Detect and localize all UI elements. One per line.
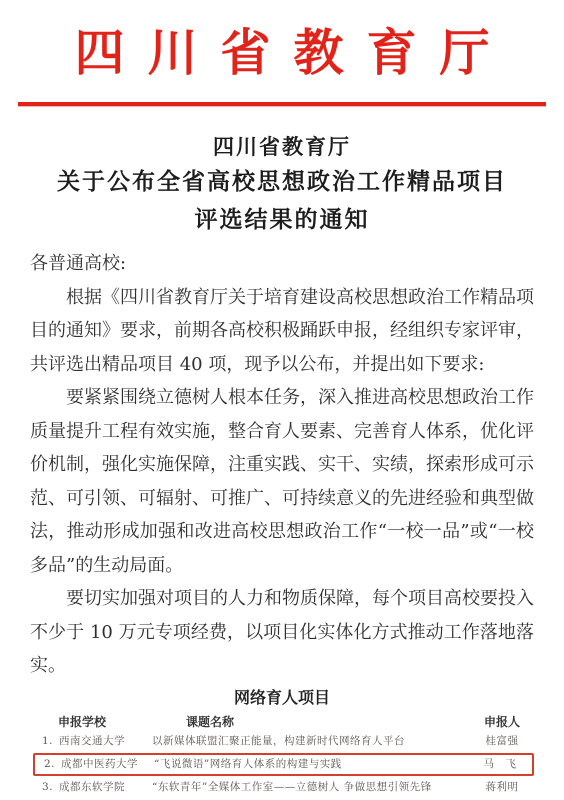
school-cell: 2.成都中医药大学 [44,757,154,772]
row-number: 2. [44,758,55,770]
doc-title-line1: 四川省教育厅 [0,132,564,162]
paragraph-2: 要紧紧围绕立德树人根本任务，深入推进高校思想政治工作质量提升工程有效实施，整合育… [30,381,534,582]
col-header-school: 申报学校 [30,714,152,730]
row-number: 1. [42,735,53,747]
school-name: 成都中医药大学 [61,758,138,770]
salutation: 各普通高校: [30,247,534,281]
table-heading: 网络育人项目 [30,687,534,709]
agency-masthead: 四川省教育厅 [0,0,564,82]
project-title-cell: 以新媒体联盟汇聚正能量，构建新时代网络育人平台 [152,734,470,749]
doc-title-line2: 关于公布全省高校思想政治工作精品项目 [0,162,564,201]
col-header-title: 课题名称 [152,714,470,730]
row-number: 3. [42,781,53,793]
table-row: 1.西南交通大学 以新媒体联盟汇聚正能量，构建新时代网络育人平台 桂富强 [30,730,534,753]
document-body: 各普通高校: 根据《四川省教育厅关于培育建设高校思想政治工作精品项目的通知》要求… [30,247,534,683]
person-cell: 桂富强 [470,734,534,749]
paragraph-1: 根据《四川省教育厅关于培育建设高校思想政治工作精品项目的通知》要求，前期各高校积… [30,281,534,382]
table-row-highlighted: 2.成都中医药大学 “飞说微语”网络育人体系的构建与实践 马 飞 [33,753,534,776]
table-header-row: 申报学校 课题名称 申报人 [30,714,534,730]
project-title-cell: “飞说微语”网络育人体系的构建与实践 [154,757,468,772]
doc-title-line3: 评选结果的通知 [0,201,564,239]
paragraph-3: 要切实加强对项目的人力和物质保障，每个项目高校要投入不少于 10 万元专项经费，… [30,582,534,683]
person-cell: 马 飞 [468,757,532,772]
table-row: 3.成都东软学院 “东软青年”全媒体工作室——立德树人 争做思想引领先锋 蒋利明 [30,776,534,799]
school-cell: 3.成都东软学院 [42,780,152,795]
document-title: 四川省教育厅 关于公布全省高校思想政治工作精品项目 评选结果的通知 [0,132,564,239]
school-cell: 1.西南交通大学 [42,734,152,749]
project-title-cell: “东软青年”全媒体工作室——立德树人 争做思想引领先锋 [152,780,470,795]
masthead-divider-line [18,102,546,106]
person-cell: 蒋利明 [470,780,534,795]
col-header-person: 申报人 [470,714,534,730]
school-name: 西南交通大学 [59,735,125,747]
school-name: 成都东软学院 [59,781,125,793]
project-table-section: 网络育人项目 申报学校 课题名称 申报人 1.西南交通大学 以新媒体联盟汇聚正能… [30,687,534,799]
